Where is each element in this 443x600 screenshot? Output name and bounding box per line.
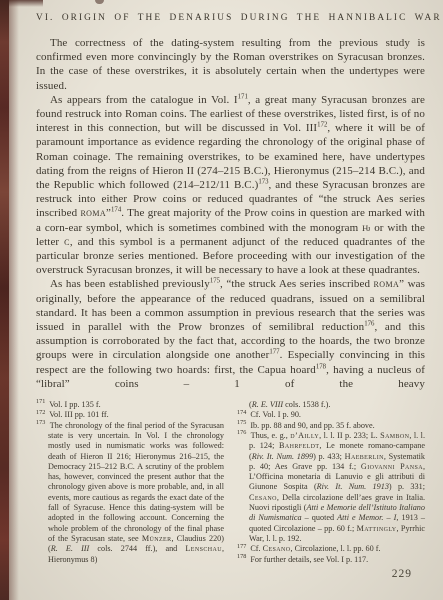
footnote: 175 Ib. pp. 88 and 90, and pp. 35 f. abo… [237, 421, 425, 431]
footnote: 174 Cf. Vol. I p. 90. [237, 410, 425, 420]
paragraph: The correctness of the dating-system res… [36, 36, 425, 93]
small-caps-text: d’Ailly [290, 431, 319, 440]
small-caps-text: Cesano [249, 493, 277, 502]
footnote-section: 171 Vol. I pp. 135 f.172 Vol. III pp. 10… [36, 400, 425, 565]
page-content: VI. ORIGIN OF THE DENARIUS DURING THE HA… [0, 0, 443, 565]
monogram-glyph: Ƕ [362, 223, 370, 233]
footnote-reference: 171 [238, 93, 248, 100]
footnote-number: 173 [36, 419, 45, 426]
footnote-reference: 176 [364, 320, 374, 327]
footnote-number: 176 [237, 429, 246, 436]
small-caps-text: Giovanni Pansa [361, 462, 423, 471]
footnote-number: 177 [237, 543, 246, 550]
italic-citation: Riv. It. Num. 1913 [317, 482, 389, 491]
footnote-reference: 173 [258, 178, 268, 185]
italic-citation: I [394, 513, 397, 522]
footnote-number: 178 [237, 553, 246, 560]
footnote-column-right: (R. E. VIII cols. 1538 f.).174 Cf. Vol. … [237, 400, 425, 565]
small-caps-text: c [64, 236, 70, 248]
footnote-number: 171 [36, 398, 45, 405]
footnote: 178 For further details, see Vol. I p. 1… [237, 555, 425, 565]
book-page: VI. ORIGIN OF THE DENARIUS DURING THE HA… [0, 0, 443, 600]
chapter-header: VI. ORIGIN OF THE DENARIUS DURING THE HA… [36, 13, 425, 23]
footnote: 173 The chronology of the final period o… [36, 421, 224, 565]
italic-citation: R. E. VIII [252, 400, 283, 409]
italic-citation: Riv. It. Num. 1899 [252, 452, 313, 461]
italic-citation: Atti e Memor. [337, 513, 383, 522]
small-caps-text: Mattingly [357, 524, 397, 533]
body-text: The correctness of the dating-system res… [36, 36, 425, 391]
footnote: 171 Vol. I pp. 135 f. [36, 400, 224, 410]
page-number: 229 [392, 568, 412, 580]
footnote-reference: 172 [317, 122, 327, 129]
footnote-column-left: 171 Vol. I pp. 135 f.172 Vol. III pp. 10… [36, 400, 224, 565]
small-caps-text: Lenschau [185, 544, 222, 553]
small-caps-text: Bahrfeldt [279, 441, 319, 450]
footnote-number: 174 [237, 409, 246, 416]
small-caps-text: roma [80, 207, 106, 219]
paragraph: As appears from the catalogue in Vol. I1… [36, 93, 425, 278]
footnote-reference: 178 [316, 363, 326, 370]
footnote-continuation: (R. E. VIII cols. 1538 f.). [237, 400, 425, 410]
footnote-reference: 175 [210, 278, 220, 285]
footnote: 177 Cf. Cesano, Circolazione, l. l. pp. … [237, 544, 425, 554]
footnote-number: 172 [36, 409, 45, 416]
footnote-number: 175 [237, 419, 246, 426]
paragraph: As has been established previously175, “… [36, 277, 425, 391]
small-caps-text: Haeberlin [345, 452, 384, 461]
footnote: 176 Thus, e. g., d’Ailly, l. l. II p. 23… [237, 431, 425, 544]
footnote-reference: 177 [269, 349, 279, 356]
footnote-reference: 174 [111, 207, 121, 214]
footnote: 172 Vol. III pp. 101 ff. [36, 410, 224, 420]
small-caps-text: Cesano [263, 544, 291, 553]
small-caps-text: Münzer [142, 534, 172, 543]
italic-citation: R. E. III [51, 544, 90, 553]
small-caps-text: Sambon [380, 431, 409, 440]
small-caps-text: roma [374, 278, 400, 290]
